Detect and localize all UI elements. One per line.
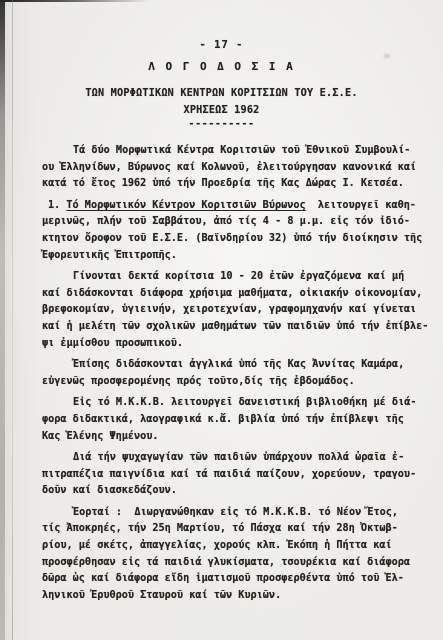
document-header: - 17 - Λ Ο Γ Ο Δ Ο Σ Ι Α ΤΩΝ ΜΟΡΦΩΤΙΚΩΝ … xyxy=(0,0,443,130)
paper-smudge xyxy=(382,52,392,60)
paper-fold-line xyxy=(12,0,13,640)
text-line: Ἐφορευτικῆς Ἐπιτροπῆς. xyxy=(42,248,425,265)
text-line: Ἑορταί : Διωργανώθηκαν εἰς τό Μ.Κ.Κ.Β. τ… xyxy=(42,505,425,522)
text-line: Κας Ἑλένης Ψημένου. xyxy=(42,429,425,446)
text-line: Διά τήν ψυχαγωγίαν τῶν παιδιῶν ὑπάρχουν … xyxy=(42,450,425,467)
text-line: δῶρα ὡς καί διάφορα εἴδη ἱματισμοῦ προσφ… xyxy=(42,571,425,588)
text-line: ληνικοῦ Ἐρυθροῦ Σταυροῦ καί τῶν Κυριῶν. xyxy=(42,588,425,605)
page-number: - 17 - xyxy=(0,37,443,54)
text-line: μερινῶς, πλήν τοῦ Σαββάτου, ἀπό τίς 4 - … xyxy=(42,214,425,231)
document-body: Τά δύο Μορφωτικά Κέντρα Κοριτσιῶν τοῦ Ἐθ… xyxy=(42,143,425,604)
paragraph-admissions: Γίνονται δεκτά κορίτσια 10 - 20 ἐτῶν ἐργ… xyxy=(42,269,425,352)
divider-dashes: ---------- xyxy=(0,120,443,130)
paragraph-section-1: 1. Τό Μορφωτικόν Κέντρον Κοριτσιῶν Βύρων… xyxy=(42,198,425,264)
section-number: 1. xyxy=(48,200,66,211)
scan-edge-shadow-left xyxy=(0,0,5,640)
text-line: δοῦν καί διασκεδάζουν. xyxy=(42,483,425,500)
text-line: καί διδάσκονται διάφορα χρήσιμα μαθήματα… xyxy=(42,286,425,303)
paragraph-english-lessons: Ἐπίσης διδάσκονται ἀγγλικά ὑπό τῆς Κας Ἀ… xyxy=(42,357,425,390)
text-line: Ἐπίσης διδάσκονται ἀγγλικά ὑπό τῆς Κας Ἀ… xyxy=(42,357,425,374)
text-line: κατά τό ἔτος 1962 ὑπό τήν Προεδρία τῆς Κ… xyxy=(42,176,425,193)
text-line: καί ἡ μελέτη τῶν σχολικῶν μαθημάτων τῶν … xyxy=(42,319,425,336)
document-period: ΧΡΗΣΕΩΣ 1962 xyxy=(0,103,443,119)
document-subtitle: ΤΩΝ ΜΟΡΦΩΤΙΚΩΝ ΚΕΝΤΡΩΝ ΚΟΡΙΤΣΙΩΝ ΤΟΥ Ε.Σ… xyxy=(0,86,443,102)
text-line: Εἰς τό Μ.Κ.Κ.Β. λειτουργεῖ δανειστική βι… xyxy=(42,395,425,412)
text-line: ψι ἐμμίσθου προσωπικοῦ. xyxy=(42,336,425,353)
text-line: προσφέρθησαν εἰς τά παιδιά γλυκίσματα, τ… xyxy=(42,555,425,572)
paragraph-recreation: Διά τήν ψυχαγωγίαν τῶν παιδιῶν ὑπάρχουν … xyxy=(42,450,425,500)
scan-edge-shadow-top xyxy=(0,0,150,2)
text-line: φορα διδακτικά, λαογραφικά κ.ἄ. βιβλία ὑ… xyxy=(42,412,425,429)
paragraph-library: Εἰς τό Μ.Κ.Κ.Β. λειτουργεῖ δανειστική βι… xyxy=(42,395,425,445)
section-heading-underlined: Τό Μορφωτικόν Κέντρον Κοριτσιῶν Βύρωνος xyxy=(66,200,305,211)
text-line: Γίνονται δεκτά κορίτσια 10 - 20 ἐτῶν ἐργ… xyxy=(42,269,425,286)
text-line: πιτραπέζια παιγνίδια καί τά παιδιά παίζο… xyxy=(42,467,425,484)
paragraph-celebrations: Ἑορταί : Διωργανώθηκαν εἰς τό Μ.Κ.Κ.Β. τ… xyxy=(42,505,425,605)
paragraph-intro: Τά δύο Μορφωτικά Κέντρα Κοριτσιῶν τοῦ Ἐθ… xyxy=(42,143,425,193)
document-title: Λ Ο Γ Ο Δ Ο Σ Ι Α xyxy=(0,58,443,75)
text-line: 1. Τό Μορφωτικόν Κέντρον Κοριτσιῶν Βύρων… xyxy=(42,198,425,215)
text-line: ου Ἑλληνίδων, Βύρωνος καί Κολωνοῦ, ἐλειτ… xyxy=(42,160,425,177)
text-line: τίς Ἀποκρηές, τήν 25η Μαρτίου, τό Πάσχα … xyxy=(42,521,425,538)
text-line: ρίου, μέ σκέτς, ἀπαγγελίας, χορούς κλπ. … xyxy=(42,538,425,555)
text-line: κτητον ὄροφον τοῦ Ε.Σ.Ε. (Βαϊνδηρίου 32)… xyxy=(42,231,425,248)
section-heading-rest: λειτουργεῖ καθη- xyxy=(306,200,416,211)
scanned-document-page: - 17 - Λ Ο Γ Ο Δ Ο Σ Ι Α ΤΩΝ ΜΟΡΦΩΤΙΚΩΝ … xyxy=(0,0,443,640)
text-line: Τά δύο Μορφωτικά Κέντρα Κοριτσιῶν τοῦ Ἐθ… xyxy=(42,143,425,160)
text-line: εὐγενῶς προσφερομένης πρός τοῦτο,δίς τῆς… xyxy=(42,374,425,391)
text-line: βρεφοκομίαν, ὑγιεινήν, χειροτεχνίαν, γρα… xyxy=(42,302,425,319)
